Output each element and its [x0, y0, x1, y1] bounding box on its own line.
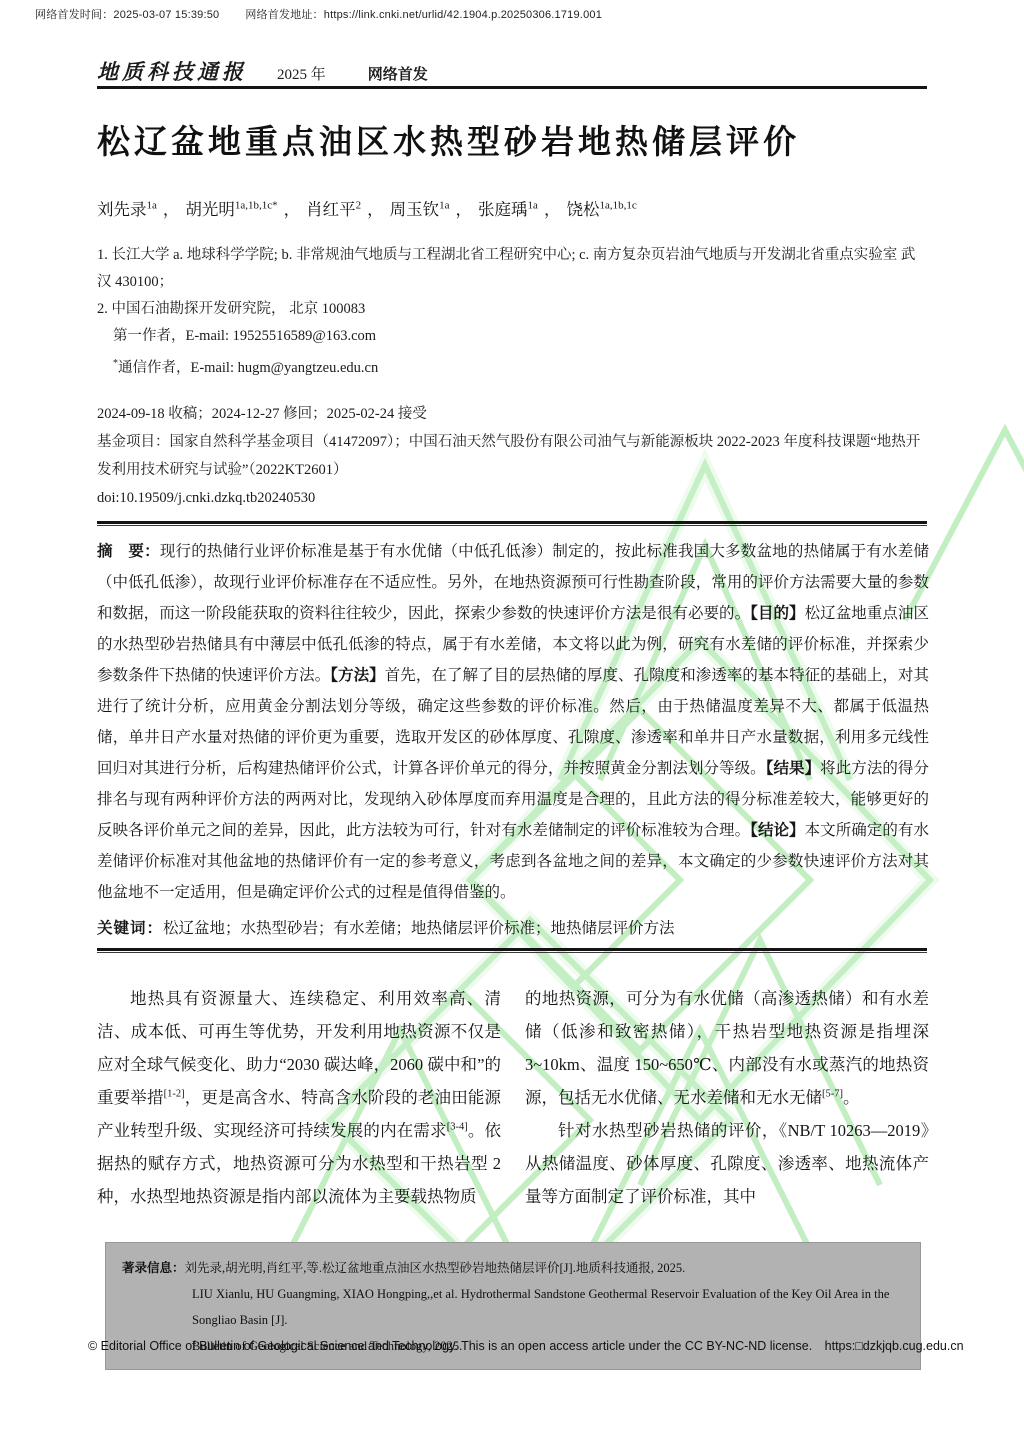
author-separator: ， — [538, 200, 567, 219]
abstract-paragraph: 摘 要：现行的热储行业评价标准是基于有水优储（中低孔低渗）制定的，按此标准我国大… — [97, 536, 929, 908]
author-separator: ， — [157, 200, 186, 219]
citation-cn-text: 刘先录,胡光明,肖红平,等.松辽盆地重点油区水热型砂岩地热储层评价[J].地质科… — [185, 1261, 686, 1275]
body-column-right: 的地热资源，可分为有水优储（高渗透热储）和有水差储（低渗和致密热储），干热岩型地… — [525, 982, 929, 1213]
funding-note: 基金项目：国家自然科学基金项目（41472097）；中国石油天然气股份有限公司油… — [97, 428, 927, 484]
contact-line: *通信作者，E-mail: hugm@yangtzeu.edu.cn — [97, 350, 927, 382]
citation-en-line: LIU Xianlu, HU Guangming, XIAO Hongping,… — [122, 1281, 904, 1333]
copyright-footer: © Editorial Office of Bulletin of Geolog… — [88, 1336, 988, 1354]
journal-online-first-badge: 网络首发 — [368, 66, 428, 83]
citation-label: 著录信息： — [122, 1261, 185, 1275]
contact-label: 第一作者，E-mail: — [113, 328, 233, 344]
body-paragraph: 针对水热型砂岩热储的评价，《NB/T 10263—2019》从热储温度、砂体厚度… — [525, 1114, 929, 1213]
author-separator: ， — [450, 200, 479, 219]
author-affil-sup: 1a,1b,1c — [599, 200, 636, 212]
abstract-text: 现行的热储行业评价标准是基于有水优储（中低孔低渗）制定的，按此标准我国大多数盆地… — [97, 543, 929, 901]
meta-block: 2024-09-18 收稿；2024-12-27 修回；2025-02-24 接… — [97, 400, 927, 512]
contact-label: 通信作者，E-mail: — [118, 360, 238, 376]
author-line: 刘先录1a，胡光明1a,1b,1c*，肖红平2，周玉钦1a，张庭瑀1a，饶松1a… — [97, 196, 927, 220]
author-name: 饶松 — [566, 200, 599, 219]
contact-email-link[interactable]: 19525516589@163.com — [233, 328, 376, 344]
author-affil-sup: 1a — [439, 200, 449, 212]
online-first-url-link[interactable]: https://link.cnki.net/urlid/42.1904.p.20… — [324, 9, 602, 21]
author-name: 肖红平 — [306, 200, 356, 219]
abstract-section-marker: 【结果】 — [766, 760, 820, 777]
body-text: 。 — [843, 1088, 860, 1107]
author-affil-sup: 1a — [528, 200, 538, 212]
body-column-left: 地热具有资源量大、连续稳定、利用效率高、清洁、成本低、可再生等优势，开发利用地热… — [97, 982, 501, 1213]
contact-email-link[interactable]: hugm@yangtzeu.edu.cn — [238, 360, 379, 376]
author-name: 刘先录 — [97, 200, 147, 219]
body-paragraph: 的地热资源，可分为有水优储（高渗透热储）和有水差储（低渗和致密热储），干热岩型地… — [525, 982, 929, 1114]
abstract-section-marker: 【目的】 — [750, 605, 804, 622]
body-columns: 地热具有资源量大、连续稳定、利用效率高、清洁、成本低、可再生等优势，开发利用地热… — [97, 982, 929, 1213]
header-rule — [97, 86, 927, 89]
abstract-label: 摘 要： — [97, 543, 160, 560]
affiliation-line: 2. 中国石油勘探开发研究院， 北京 100083 — [97, 296, 927, 323]
body-paragraph: 地热具有资源量大、连续稳定、利用效率高、清洁、成本低、可再生等优势，开发利用地热… — [97, 982, 501, 1213]
body-text: 的地热资源，可分为有水优储（高渗透热储）和有水差储（低渗和致密热储），干热岩型地… — [525, 989, 929, 1107]
contact-line: 第一作者，E-mail: 19525516589@163.com — [97, 323, 927, 350]
online-first-meta: 网络首发时间：2025-03-07 15:39:50网络首发地址：https:/… — [35, 6, 602, 22]
reference-superscript: [1-2] — [164, 1089, 185, 1100]
affiliation-block: 1. 长江大学 a. 地球科学学院; b. 非常规油气地质与工程湖北省工程研究中… — [97, 242, 927, 382]
keywords-text: 松辽盆地；水热型砂岩；有水差储；地热储层评价标准；地热储层评价方法 — [163, 920, 675, 937]
abstract-bottom-rule — [97, 948, 927, 953]
reference-superscript: [5-7] — [822, 1089, 843, 1100]
abstract-top-rule — [97, 521, 927, 526]
abstract-section-marker: 【结论】 — [750, 822, 804, 839]
doi: doi:10.19509/j.cnki.dzkq.tb20240530 — [97, 484, 927, 512]
journal-header: 地质科技通报 2025 年 网络首发 — [97, 56, 927, 86]
author-separator: ， — [361, 200, 390, 219]
received-revised-accepted: 2024-09-18 收稿；2024-12-27 修回；2025-02-24 接… — [97, 400, 927, 428]
author-separator: ， — [278, 200, 307, 219]
abstract-section-marker: 【方法】 — [330, 667, 384, 684]
author-name: 张庭瑀 — [478, 200, 528, 219]
affiliation-line: 1. 长江大学 a. 地球科学学院; b. 非常规油气地质与工程湖北省工程研究中… — [97, 242, 927, 296]
author-affil-sup: 1a — [147, 200, 157, 212]
citation-line-cn: 著录信息：刘先录,胡光明,肖红平,等.松辽盆地重点油区水热型砂岩地热储层评价[J… — [122, 1255, 904, 1281]
author-name: 周玉钦 — [390, 200, 440, 219]
body-text: 针对水热型砂岩热储的评价，《NB/T 10263—2019》从热储温度、砂体厚度… — [525, 1121, 929, 1206]
abstract-block: 摘 要：现行的热储行业评价标准是基于有水优储（中低孔低渗）制定的，按此标准我国大… — [97, 536, 929, 944]
page-title: 松辽盆地重点油区水热型砂岩地热储层评价 — [97, 116, 957, 163]
keywords-row: 关键词：松辽盆地；水热型砂岩；有水差储；地热储层评价标准；地热储层评价方法 — [97, 913, 929, 944]
reference-superscript: [3-4] — [447, 1122, 468, 1133]
online-first-time-label: 网络首发时间： — [35, 9, 113, 21]
author-name: 胡光明 — [185, 200, 235, 219]
online-first-time: 2025-03-07 15:39:50 — [113, 9, 219, 21]
author-affil-sup: 1a,1b,1c* — [235, 200, 278, 212]
keywords-label: 关键词： — [97, 920, 163, 937]
online-first-url-label: 网络首发地址： — [245, 9, 323, 21]
journal-logo-text: 地质科技通报 — [97, 60, 247, 84]
journal-year: 2025 年 — [277, 67, 326, 83]
